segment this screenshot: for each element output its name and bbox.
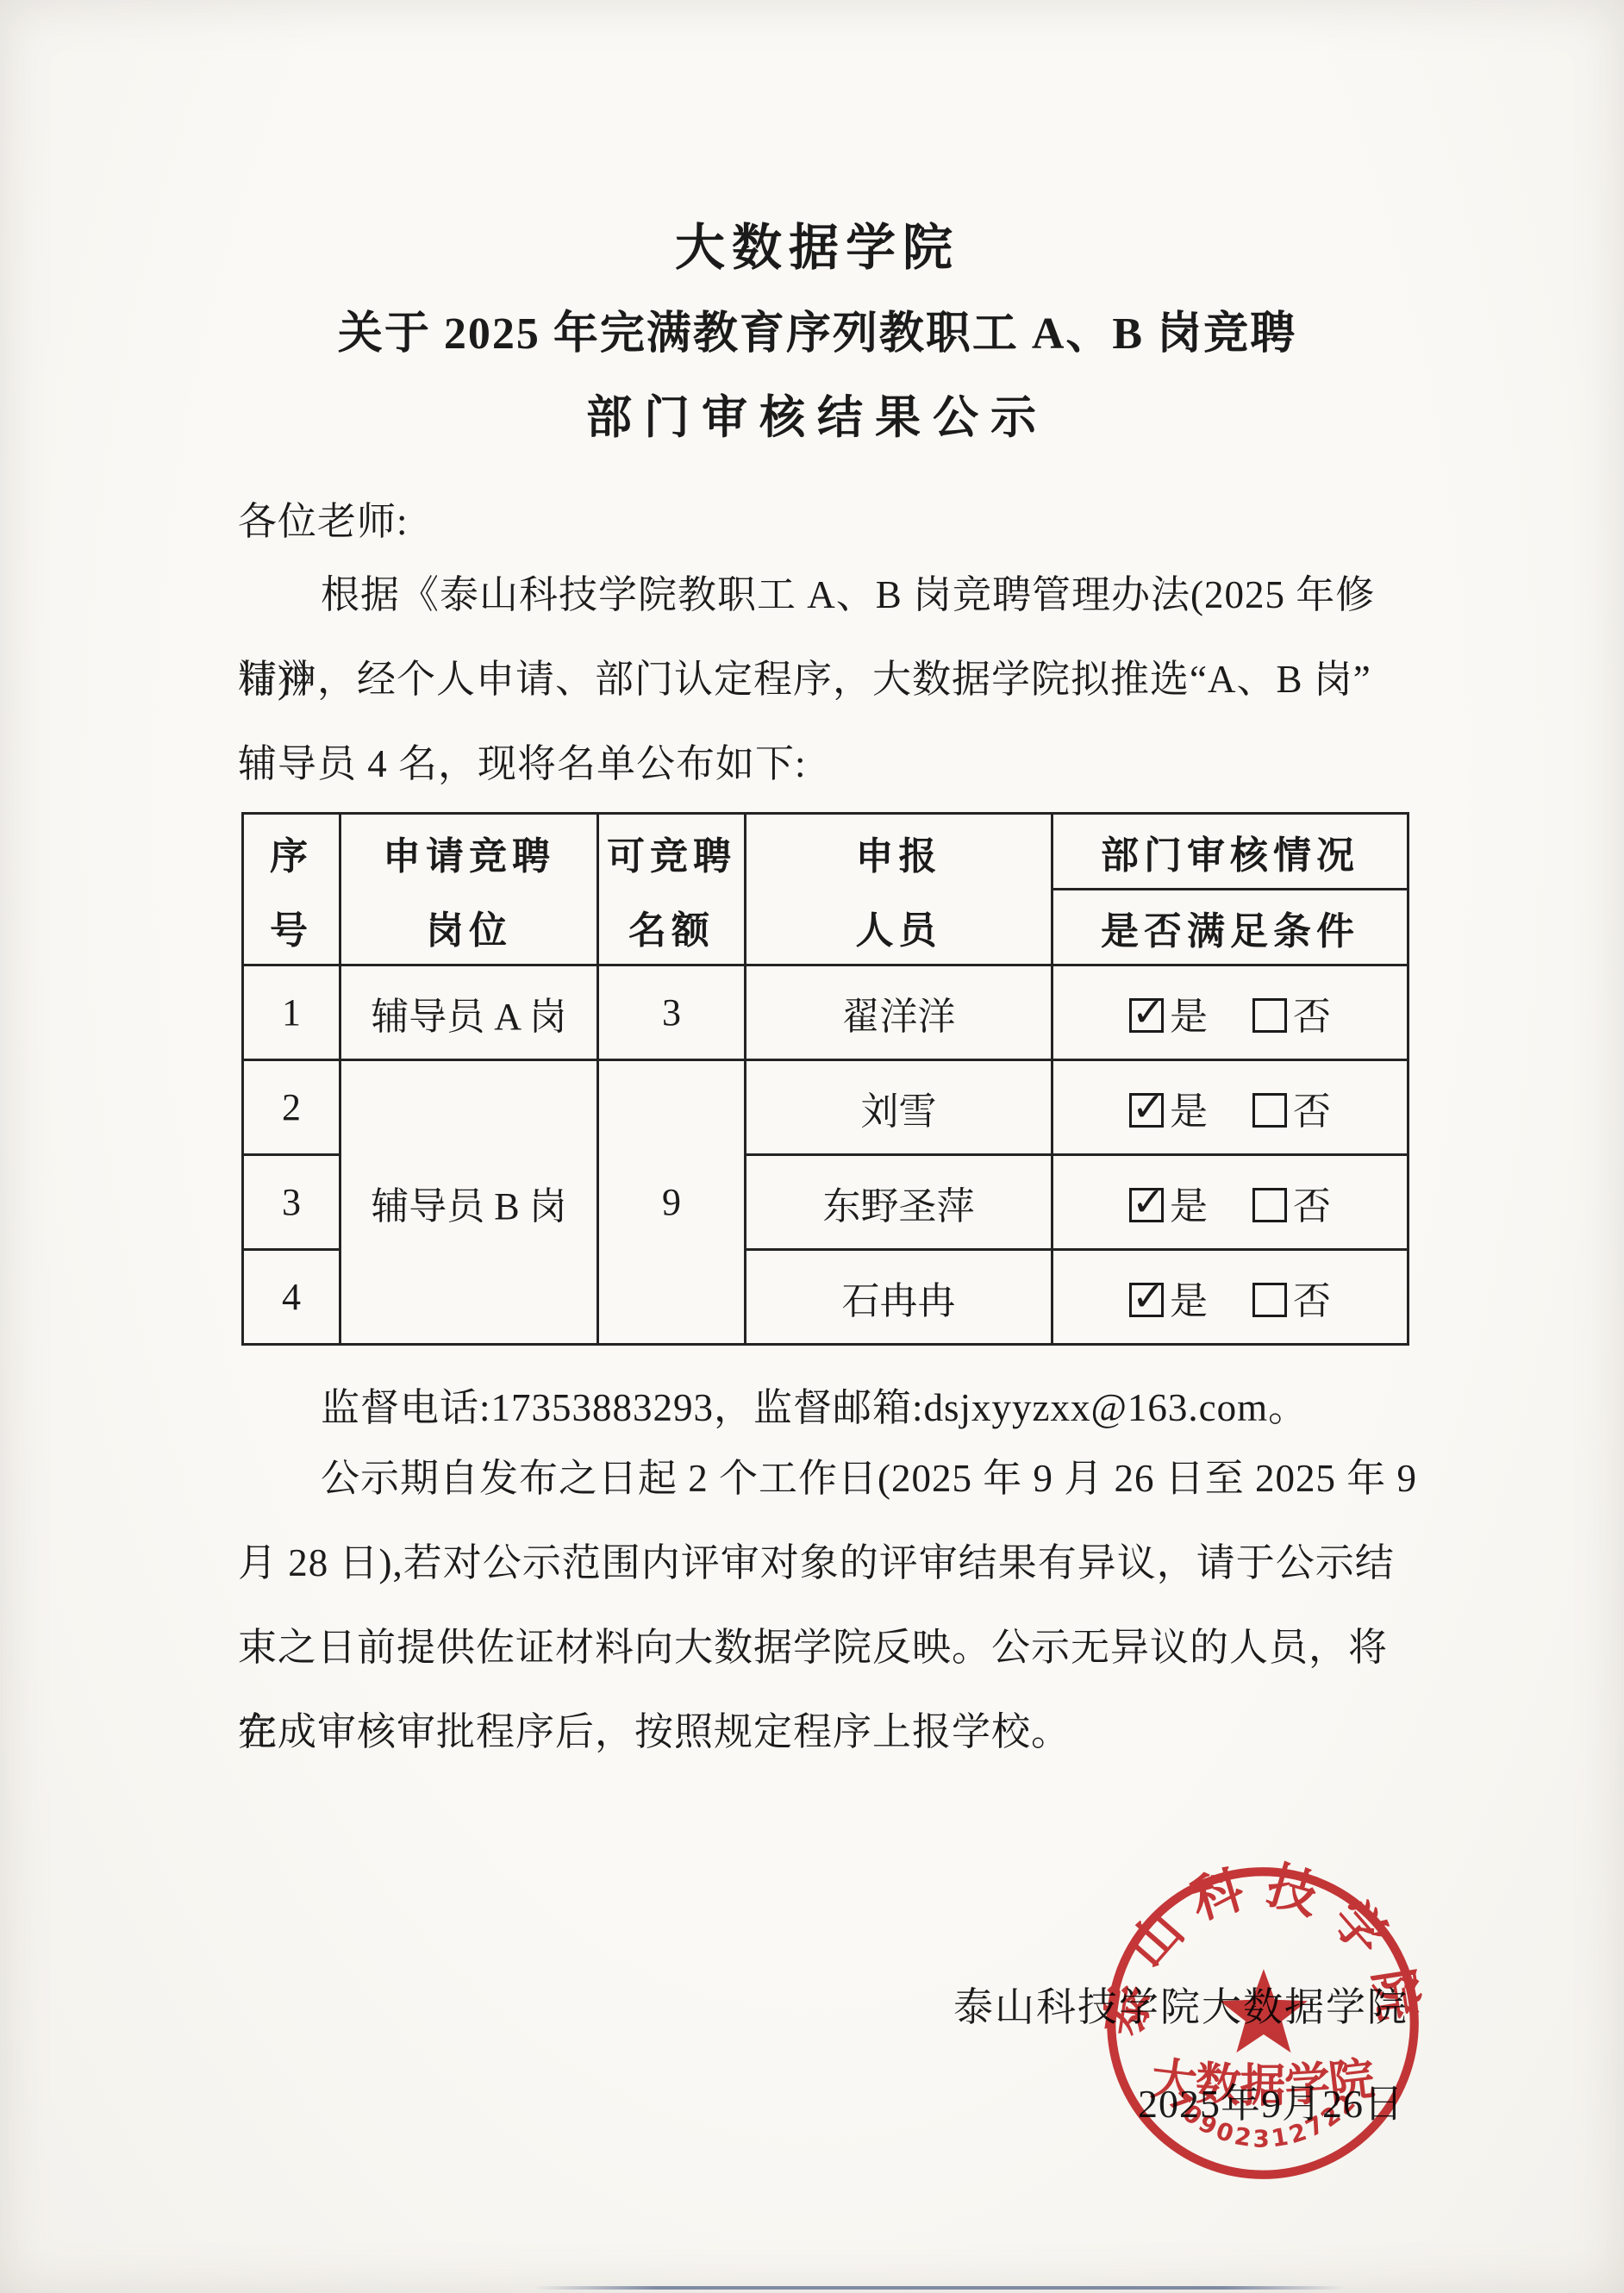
header-applicant-line2: 人员 [856,899,942,954]
cell-seq: 1 [243,965,340,1060]
paragraph-1-line-3: 辅导员 4 名，现将名单公布如下: [238,722,1421,806]
stamp-star-icon [1220,1969,1308,2052]
checkbox-yes-icon [1129,1188,1164,1222]
yes-label: 是 [1170,1090,1208,1133]
header-quota-line2: 名额 [628,899,715,954]
doc-title-org: 大数据学院 [222,207,1412,279]
cell-quota: 3 [598,965,746,1060]
checkbox-yes-icon [1129,1093,1164,1128]
paragraph-2: 公示期自发布之日起 2 个工作日(2025 年 9 月 26 日至 2025 年… [238,1436,1421,1774]
salutation: 各位老师: [238,479,409,564]
header-seq-line1: 序 [270,825,313,880]
paragraph-2-line-3: 束之日前提供佐证材料向大数据学院反映。公示无异议的人员，将在 [238,1605,1421,1690]
doc-title-subject: 关于 2025 年完满教育序列教职工 A、B 岗竞聘 [222,297,1412,361]
checkbox-yes-icon [1129,1283,1164,1317]
cell-seq: 2 [243,1060,340,1155]
paragraph-2-line-4: 完成审核审批程序后，按照规定程序上报学校。 [238,1690,1421,1774]
cell-review: 是否 [1052,1060,1409,1155]
header-criteria: 是否满足条件 [1052,890,1409,965]
table-row-1: 1 辅导员 A 岗 3 翟洋洋 是否 [243,965,1409,1060]
cell-name: 东野圣萍 [746,1155,1052,1250]
header-post-line2: 岗位 [426,899,512,954]
header-post-line1: 申请竞聘 [383,825,555,880]
checkbox-no-icon [1252,1093,1287,1128]
yes-label: 是 [1170,996,1208,1038]
cell-name: 翟洋洋 [746,965,1052,1060]
paragraph-2-line-2: 月 28 日),若对公示范围内评审对象的评审结果有异议，请于公示结 [238,1521,1421,1605]
review-table: 序 号 申请竞聘 岗位 可竞聘 名额 申报 人员 [241,812,1409,1346]
paragraph-1: 根据《泰山科技学院教职工 A、B 岗竞聘管理办法(2025 年修订)》 精神，经… [238,553,1421,806]
paragraph-2-line-1: 公示期自发布之日起 2 个工作日(2025 年 9 月 26 日至 2025 年… [238,1436,1421,1521]
cell-seq: 3 [243,1155,340,1250]
no-label: 否 [1293,1090,1331,1133]
table-header-row-1: 序 号 申请竞聘 岗位 可竞聘 名额 申报 人员 [243,814,1409,890]
header-quota-line1: 可竞聘 [607,825,736,880]
header-post: 申请竞聘 岗位 [340,814,598,965]
doc-title-subtitle: 部门审核结果公示 [222,381,1412,447]
yes-label: 是 [1170,1185,1208,1228]
cell-name: 石冉冉 [746,1250,1052,1345]
header-applicant-line1: 申报 [856,825,942,880]
header-review: 部门审核情况 [1052,814,1409,890]
checkbox-no-icon [1252,1188,1287,1222]
scan-edge-artifact [534,2286,1345,2290]
checkbox-no-icon [1252,998,1287,1033]
header-seq: 序 号 [243,814,340,965]
yes-label: 是 [1170,1280,1208,1322]
no-label: 否 [1293,996,1331,1038]
cell-review: 是否 [1052,965,1409,1060]
header-quota: 可竞聘 名额 [598,814,746,965]
paragraph-1-line-1: 根据《泰山科技学院教职工 A、B 岗竞聘管理办法(2025 年修订)》 [238,553,1421,637]
cell-quota-merged: 9 [598,1060,746,1345]
cell-review: 是否 [1052,1155,1409,1250]
table-row-2: 2 辅导员 B 岗 9 刘雪 是否 [243,1060,1409,1155]
header-applicant: 申报 人员 [746,814,1052,965]
no-label: 否 [1293,1185,1331,1228]
cell-post: 辅导员 A 岗 [340,965,598,1060]
cell-post-merged: 辅导员 B 岗 [340,1060,598,1345]
paragraph-1-line-2: 精神，经个人申请、部门认定程序，大数据学院拟推选“A、B 岗” [238,637,1421,722]
checkbox-yes-icon [1129,998,1164,1033]
header-seq-line2: 号 [270,899,313,954]
cell-seq: 4 [243,1250,340,1345]
cell-name: 刘雪 [746,1060,1052,1155]
checkbox-no-icon [1252,1283,1287,1317]
official-stamp: 泰山科技学院 大数据学院 3709023127224 [1103,1855,1422,2191]
cell-review: 是否 [1052,1250,1409,1345]
document-page: 大数据学院 关于 2025 年完满教育序列教职工 A、B 岗竞聘 部门审核结果公… [0,0,1624,2293]
no-label: 否 [1293,1280,1331,1322]
